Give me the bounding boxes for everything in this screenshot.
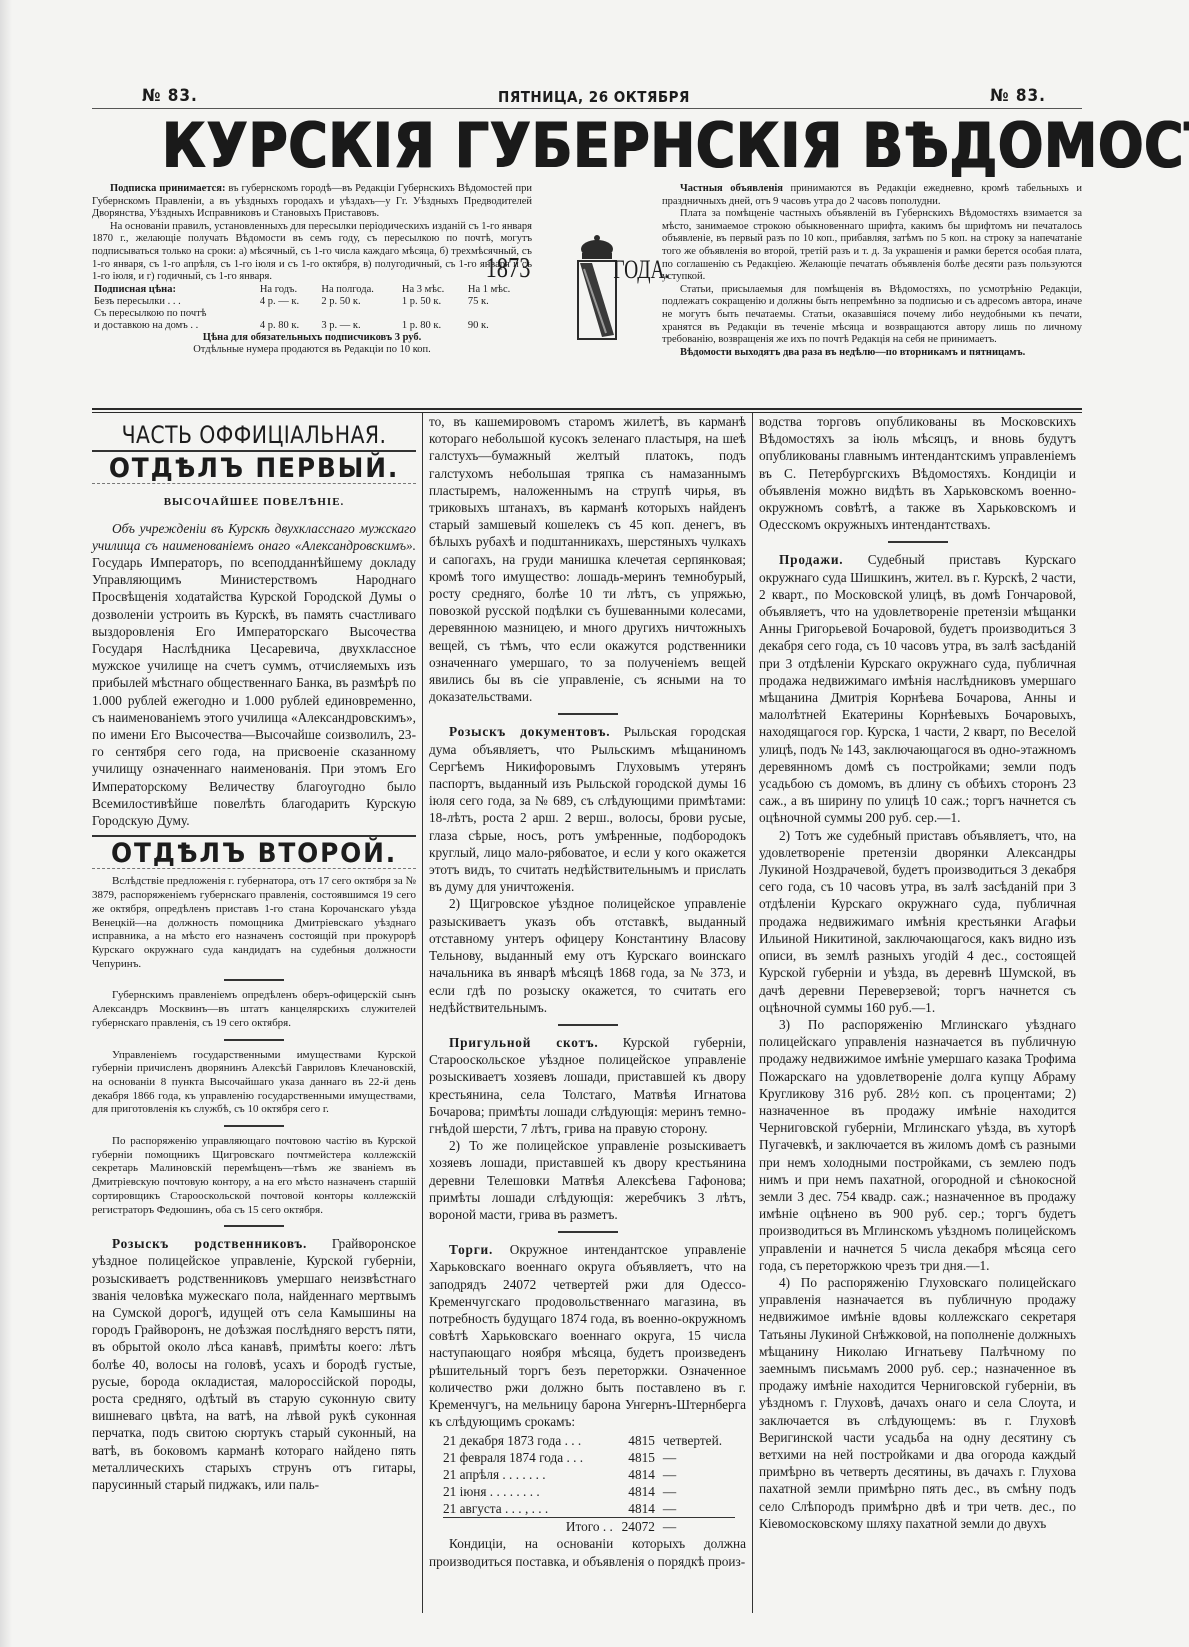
price-row: Безъ пересылки . . . 4 р. — к. 2 р. 50 к… [92, 296, 532, 308]
divider [92, 450, 416, 452]
schedule-row: 21 апрѣля . . . . . . .4814— [443, 1466, 735, 1483]
issue-line: № 83. ПЯТНИЦА, 26 ОКТЯБРЯ № 83. [92, 80, 1082, 109]
column-2: то, въ кашемировомъ старомъ жилетѣ, въ к… [422, 413, 752, 1613]
notice-klechanovsky: Управленіемъ государственными имуществам… [92, 1049, 416, 1118]
schedule-row: 21 августа . . . , . . .4814— [443, 1500, 735, 1518]
auction-continued: водства торговъ опубликованы въ Московск… [759, 413, 1076, 533]
kursk-coat-of-arms-icon [532, 233, 662, 343]
cattle-text: Курской губерніи, Старооскольское уѣздно… [429, 1035, 746, 1136]
price-header-row: Подписная цѣна: На годъ. На полгода. На … [92, 284, 532, 296]
subscription-rules: На основаніи правилъ, установленныхъ для… [92, 221, 532, 284]
ad-pricing: Плата за помѣщеніе частныхъ объявленій в… [662, 208, 1082, 284]
decree-text: Государь Императоръ, по всеподданнѣйшему… [92, 555, 416, 828]
notice-appointment: Вслѣдствіе предложенія г. губернатора, о… [92, 875, 416, 971]
issue-number-left: № 83. [142, 86, 198, 106]
auction-heading: Торги. [449, 1242, 493, 1257]
notice-moskvin: Губернскимъ правленіемъ опредѣленъ оберъ… [92, 989, 416, 1030]
price-table: Подписная цѣна: На годъ. На полгода. На … [92, 284, 532, 332]
sale-item-2: 2) Тотъ же судебный приставъ объявляетъ,… [759, 827, 1076, 1016]
department-one-title: ОТДѢЛЪ ПЕРВЫЙ. [105, 460, 403, 477]
divider [224, 1225, 284, 1227]
relatives-continued: то, въ кашемировомъ старомъ жилетѣ, въ к… [429, 413, 746, 705]
relatives-text: Грайворонское уѣздное полицейское управл… [92, 1236, 416, 1492]
divider [888, 541, 948, 543]
divider [224, 979, 284, 981]
sales-text: Судебный приставъ Курскаго окружнаго суд… [759, 552, 1076, 825]
advertising-info: Частныя объявленія принимаются въ Редакц… [662, 183, 1082, 405]
documents-heading: Розыскъ документовъ. [449, 724, 610, 739]
decree-heading: Объ учрежденіи въ Курскѣ двухкласснаго м… [92, 521, 416, 553]
divider [558, 1231, 618, 1233]
divider [558, 1024, 618, 1026]
header-divider [92, 408, 1082, 410]
article-columns: ЧАСТЬ ОФФИЦІАЛЬНАЯ. ОТДѢЛЪ ПЕРВЫЙ. ВЫСОЧ… [92, 413, 1082, 1613]
cattle-heading: Пригульной скотъ. [449, 1035, 599, 1050]
issue-number-right: № 83. [990, 86, 1046, 106]
issue-date: ПЯТНИЦА, 26 ОКТЯБРЯ [498, 88, 690, 106]
price-row: и доставкою на домъ . . 4 р. 80 к. 3 р. … [92, 320, 532, 332]
newspaper-title: КУРСКІЯ ГУБЕРНСКІЯ ВѢДОМОСТИ. [161, 113, 1012, 179]
price-row: Съ пересылкою по почтѣ [92, 308, 532, 320]
article-policy: Статьи, присылаемыя для помѣщенія въ Вѣд… [662, 284, 1082, 347]
sale-item-4: 4) По распоряженію Глуховскаго полицейск… [759, 1274, 1076, 1532]
divider [92, 835, 416, 837]
subscription-info: Подписка принимается: въ губернскомъ гор… [92, 183, 532, 405]
delivery-schedule: 21 декабря 1873 года . . .4815четвертей.… [443, 1432, 735, 1535]
department-two-title: ОТДѢЛЪ ВТОРОЙ. [105, 845, 403, 862]
divider [224, 1039, 284, 1041]
single-issue-price: Отдѣльные нумера продаются въ Редакціи п… [92, 344, 532, 357]
sale-item-3: 3) По распоряженію Мглинскаго уѣзднаго п… [759, 1016, 1076, 1274]
year-number: 1873 [486, 253, 531, 285]
schedule-row: 21 декабря 1873 года . . .4815четвертей. [443, 1432, 735, 1449]
divider [224, 1125, 284, 1127]
column-3: водства торговъ опубликованы въ Московск… [752, 413, 1082, 1613]
newspaper-page: № 83. ПЯТНИЦА, 26 ОКТЯБРЯ № 83. КУРСКІЯ … [92, 80, 1082, 1613]
documents-text: Рыльская городская дума объявляетъ, что … [429, 724, 746, 894]
publication-schedule: Вѣдомости выходятъ два раза въ недѣлю—по… [662, 347, 1082, 360]
subscription-lead: Подписка принимается: [110, 183, 225, 194]
schedule-row: 21 февраля 1874 года . . .4815— [443, 1449, 735, 1466]
documents-second: 2) Щигровское уѣздное полицейское управл… [429, 895, 746, 1015]
part-title: ЧАСТЬ ОФФИЦІАЛЬНАЯ. [116, 427, 391, 444]
year-emblem: 1873 ГОДА. [532, 183, 662, 405]
column-1: ЧАСТЬ ОФФИЦІАЛЬНАЯ. ОТДѢЛЪ ПЕРВЫЙ. ВЫСОЧ… [92, 413, 422, 1543]
header-info: Подписка принимается: въ губернскомъ гор… [92, 183, 1082, 405]
notice-postal: По распоряженію управляющаго почтовою ча… [92, 1135, 416, 1217]
auction-text: Окружное интендантское управленіе Харько… [429, 1242, 746, 1429]
sales-heading: Продажи. [779, 552, 843, 567]
decree-title: ВЫСОЧАЙШЕЕ ПОВЕЛѢНІЕ. [92, 494, 416, 511]
cattle-second: 2) То же полицейское управленіе розыскив… [429, 1137, 746, 1223]
obligatory-price: Цѣна для обязательныхъ подписчиковъ 3 ру… [92, 332, 532, 345]
year-word: ГОДА. [613, 255, 669, 285]
relatives-heading: Розыскъ родственниковъ. [112, 1236, 307, 1251]
conditions-text: Кондиціи, на основаніи которыхъ должна п… [429, 1535, 746, 1569]
schedule-row: 21 іюня . . . . . . . .4814— [443, 1483, 735, 1500]
schedule-total-row: Итого . .24072— [443, 1518, 735, 1536]
divider [558, 713, 618, 715]
scan-edge-shadow [0, 0, 12, 1647]
